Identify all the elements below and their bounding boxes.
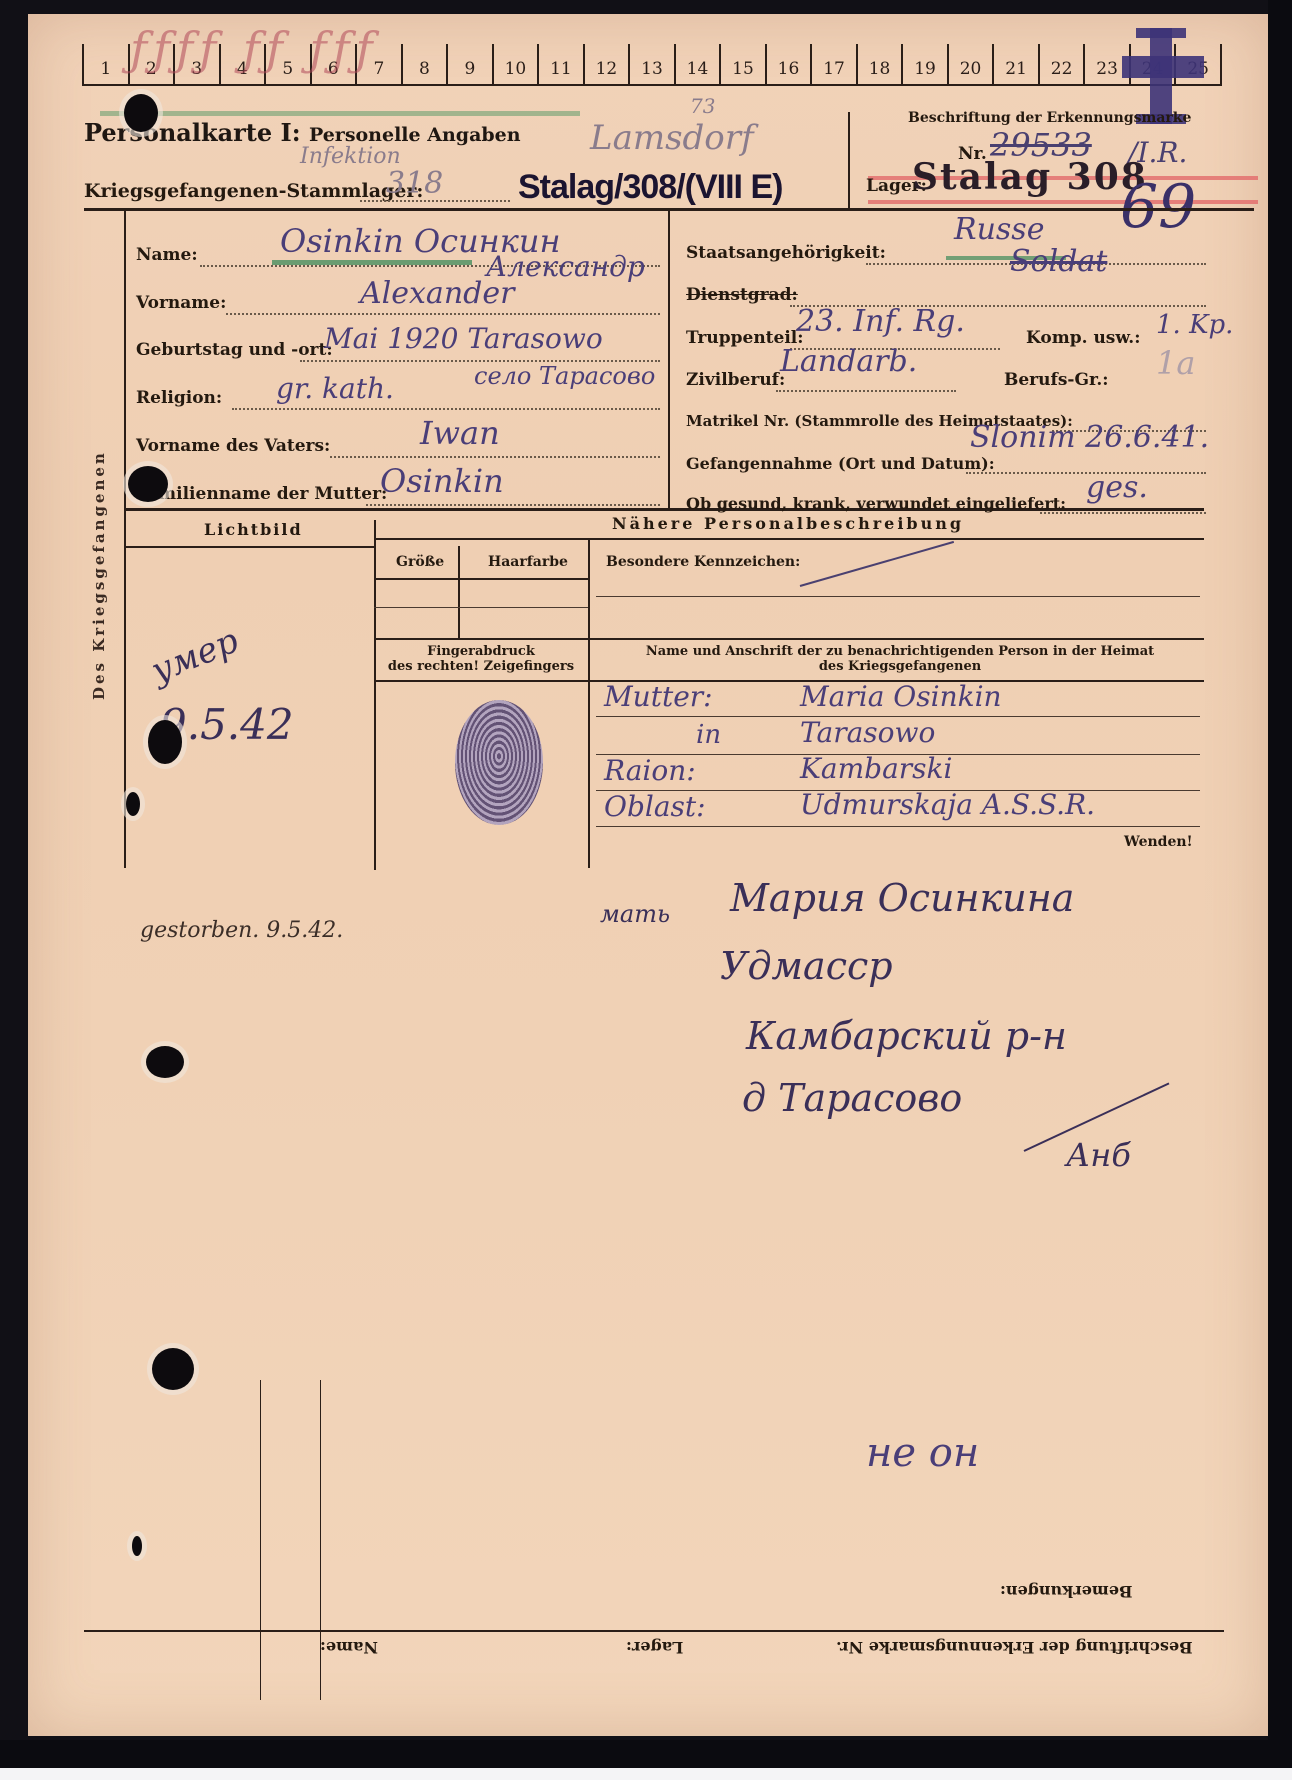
turn-label: Wenden! bbox=[1124, 834, 1193, 850]
camp-label: Kriegsgefangenen-Stammlager: bbox=[84, 180, 423, 202]
mother-surname-label: Familienname der Mutter: bbox=[136, 484, 387, 504]
religion-value: gr. kath. bbox=[276, 372, 394, 405]
lager-stamp: Stalag 308 bbox=[912, 156, 1148, 198]
header-divider bbox=[848, 112, 850, 208]
russian-line-2: Удмасср bbox=[720, 944, 893, 988]
mother-surname-dots bbox=[366, 504, 660, 506]
big-handwritten-number: 69 bbox=[1120, 172, 1196, 242]
ruler-cell: 16 bbox=[765, 44, 811, 84]
bottom-note: не он bbox=[866, 1430, 979, 1476]
contact-key-1: Mutter: bbox=[604, 680, 713, 713]
civil-job-label: Zivilberuf: bbox=[686, 370, 785, 390]
religion-label: Religion: bbox=[136, 388, 222, 408]
initials: Анб bbox=[1066, 1136, 1131, 1174]
ruler-cell: 10 bbox=[492, 44, 538, 84]
health-dots bbox=[1040, 512, 1206, 514]
contact-value-1: Maria Osinkin bbox=[800, 680, 1002, 713]
punch-hole bbox=[132, 1536, 142, 1556]
footer-rule bbox=[84, 1630, 1224, 1632]
contact-label-line2: des Kriegsgefangenen bbox=[600, 659, 1200, 674]
died-note: gestorben. 9.5.42. bbox=[140, 918, 343, 943]
side-label: Des Kriegsgefangenen bbox=[90, 450, 108, 700]
fingerprint-header-rule bbox=[374, 680, 1204, 682]
capture-label: Gefangennahme (Ort und Datum): bbox=[686, 454, 995, 473]
description-label: Nähere Personalbeschreibung bbox=[612, 514, 964, 533]
contact-value-2: Tarasowo bbox=[800, 716, 935, 749]
photo-divider bbox=[374, 520, 376, 870]
contact-label: Name und Anschrift der zu benachrichtige… bbox=[600, 644, 1200, 674]
civil-job-dots bbox=[776, 390, 956, 392]
civil-job-value: Landarb. bbox=[780, 344, 917, 379]
photo-header-rule bbox=[124, 546, 374, 548]
description-header-rule bbox=[374, 538, 1204, 540]
russian-line-3: Камбарский р-н bbox=[746, 1014, 1067, 1058]
marks-label: Besondere Kennzeichen: bbox=[606, 554, 800, 570]
vorname-dots bbox=[226, 313, 660, 315]
ruler-cell: 15 bbox=[719, 44, 765, 84]
ruler-cell: 1 bbox=[82, 44, 128, 84]
contact-value-4: Udmurskaja A.S.S.R. bbox=[800, 788, 1095, 821]
punch-hole bbox=[126, 792, 140, 816]
nationality-label: Staatsangehörigkeit: bbox=[686, 243, 886, 263]
ruler-cell: 13 bbox=[628, 44, 674, 84]
mother-prefix: мать bbox=[600, 900, 670, 928]
vorname-label: Vorname: bbox=[136, 293, 226, 313]
ruler-cell: 12 bbox=[583, 44, 629, 84]
father-value: Iwan bbox=[420, 414, 500, 452]
fingerprint-top-rule bbox=[374, 638, 1204, 640]
footer-camp-label: Lager: bbox=[626, 1638, 683, 1657]
contact-key-2: in bbox=[696, 720, 721, 750]
punch-hole bbox=[148, 720, 182, 764]
cross-stamp-horizontal bbox=[1122, 56, 1204, 78]
fingerprint-label-line1: Fingerabdruck bbox=[374, 644, 588, 659]
title-subtitle: Personelle Angaben bbox=[309, 124, 521, 146]
unit-value: 23. Inf. Rg. bbox=[796, 304, 965, 339]
punch-hole bbox=[124, 94, 158, 132]
company-label: Komp. usw.: bbox=[1026, 328, 1141, 348]
birth-value: Mai 1920 Tarasowo bbox=[324, 322, 603, 355]
ruler-cell: 22 bbox=[1038, 44, 1084, 84]
height-label: Größe bbox=[396, 554, 444, 570]
rank-crossed-value: Soldat bbox=[1010, 244, 1107, 279]
lamsdorf-handwritten: Lamsdorf bbox=[590, 118, 754, 158]
company-value: 1. Kp. bbox=[1156, 310, 1233, 340]
height-header-rule bbox=[374, 578, 588, 580]
middle-divider bbox=[668, 208, 670, 508]
ruler-cell: 19 bbox=[901, 44, 947, 84]
left-frame bbox=[124, 208, 126, 868]
lamsdorf-number: 73 bbox=[690, 94, 715, 118]
ruler-cell: 17 bbox=[810, 44, 856, 84]
punch-hole bbox=[128, 466, 168, 502]
capture-value: Slonim 26.6.41. bbox=[970, 420, 1209, 455]
father-dots bbox=[330, 456, 660, 458]
ruler-cell: 9 bbox=[446, 44, 492, 84]
contact-line-4 bbox=[596, 826, 1200, 827]
nationality-value: Russe bbox=[954, 212, 1044, 247]
father-label: Vorname des Vaters: bbox=[136, 436, 330, 456]
scan-strip bbox=[0, 1768, 1292, 1780]
russian-line-4: д Тарасово bbox=[742, 1076, 962, 1120]
contact-label-line1: Name und Anschrift der zu benachrichtige… bbox=[600, 644, 1200, 659]
table-right-divider bbox=[588, 538, 590, 868]
name-label: Name: bbox=[136, 245, 198, 265]
ruler-cell: 18 bbox=[856, 44, 902, 84]
health-value: ges. bbox=[1086, 470, 1148, 505]
hair-label: Haarfarbe bbox=[488, 554, 568, 570]
religion-dots bbox=[232, 408, 660, 410]
punch-hole bbox=[146, 1046, 184, 1078]
scan-edge-right bbox=[1268, 0, 1292, 1780]
ruler-cell: 20 bbox=[947, 44, 993, 84]
ruler-cell: 8 bbox=[401, 44, 447, 84]
job-group-label: Berufs-Gr.: bbox=[1004, 370, 1109, 390]
health-label: Ob gesund, krank, verwundet eingeliefert… bbox=[686, 494, 1066, 513]
rank-label: Dienstgrad: bbox=[686, 285, 798, 305]
pencil-line-2 bbox=[320, 1380, 321, 1700]
tag-label: Beschriftung der Erkennungsmarke bbox=[908, 110, 1191, 126]
fingerprint-label-line2: des rechten! Zeigefingers bbox=[374, 659, 588, 674]
red-highlight-2 bbox=[868, 200, 1258, 204]
camp-handwritten: 318 bbox=[386, 166, 443, 201]
village-cyrillic: село Тарасово bbox=[474, 362, 655, 390]
contact-value-3: Kambarski bbox=[800, 752, 952, 785]
mother-surname-value: Osinkin bbox=[380, 462, 504, 500]
job-group-value: 1a bbox=[1156, 344, 1195, 382]
ruler-cell: 11 bbox=[537, 44, 583, 84]
fingerprint-image bbox=[455, 700, 543, 825]
pencil-line-1 bbox=[260, 1380, 261, 1700]
remarks-label: Bemerkungen: bbox=[1000, 1582, 1133, 1601]
title-prefix: Pe bbox=[84, 118, 117, 147]
vorname-value: Alexander bbox=[360, 276, 514, 311]
footer-tag-label: Beschriftung der Erkennungsmarke Nr. bbox=[836, 1638, 1193, 1657]
marks-line bbox=[596, 596, 1200, 597]
russian-line-1: Мария Осинкина bbox=[730, 876, 1074, 920]
height-hair-divider bbox=[458, 546, 460, 638]
fingerprint-label: Fingerabdruck des rechten! Zeigefingers bbox=[374, 644, 588, 674]
red-scribble: ƒƒƒƒ ƒƒ ƒƒƒ bbox=[130, 22, 378, 76]
height-row-rule bbox=[374, 607, 588, 608]
ruler-cell: 21 bbox=[992, 44, 1038, 84]
name-green-underline bbox=[272, 260, 472, 265]
cross-stamp-top bbox=[1136, 28, 1186, 38]
green-highlight bbox=[100, 111, 580, 116]
photo-label: Lichtbild bbox=[204, 520, 303, 539]
footer-name-label: Name: bbox=[320, 1638, 378, 1657]
contact-key-4: Oblast: bbox=[604, 790, 706, 823]
punch-hole bbox=[152, 1348, 194, 1390]
birth-label: Geburtstag und -ort: bbox=[136, 340, 333, 360]
ruler-cell: 14 bbox=[674, 44, 720, 84]
contact-key-3: Raion: bbox=[604, 754, 696, 787]
camp-stamp: Stalag/308/(VIII E) bbox=[518, 168, 782, 207]
